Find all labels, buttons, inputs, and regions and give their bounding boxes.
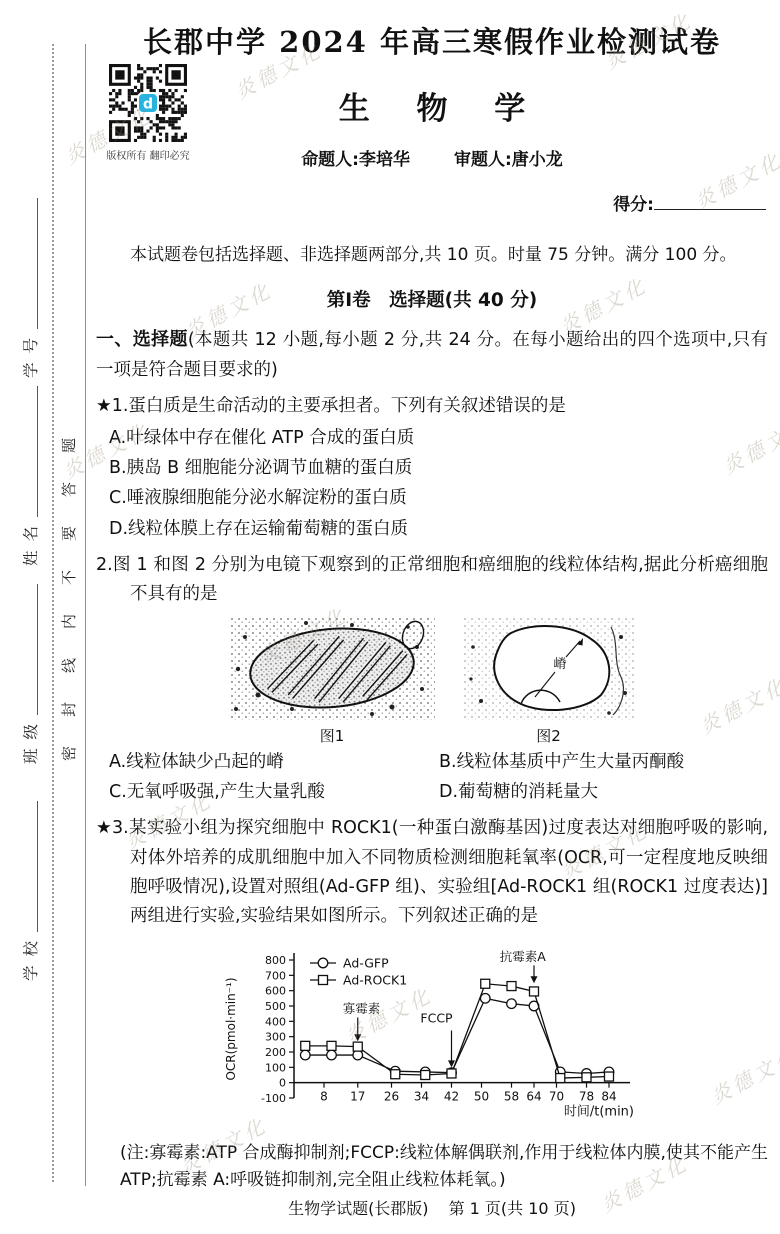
question-1-text: ★1.蛋白质是生命活动的主要承担者。下列有关叙述错误的是 — [96, 392, 768, 421]
qr-module — [140, 133, 143, 136]
question-3-stem: 某实验小组为探究细胞中 ROCK1(一种蛋白激酶基因)过度表达对细胞呼吸的影响,… — [129, 818, 768, 926]
qr-block: d 版权所有 翻印必究 — [104, 64, 192, 162]
option-c: C.无氧呼吸强,产生大量乳酸 — [109, 777, 439, 807]
qr-module — [143, 70, 146, 73]
qr-module — [184, 89, 187, 92]
y-tick-label: 0 — [279, 1076, 286, 1089]
page-footer: 生物学试题(长郡版) 第 1 页(共 10 页) — [96, 1196, 768, 1219]
y-tick-label: 600 — [265, 984, 286, 997]
qr-module — [153, 89, 156, 92]
margin-label-student-id: 学号 — [19, 329, 41, 378]
data-point-square — [530, 987, 539, 996]
exam-content: 长郡中学 2024 年高三寒假作业检测试卷 d 版权所有 翻印必究 生 物 学 … — [96, 0, 768, 1195]
qr-module — [159, 98, 162, 101]
qr-module — [140, 67, 143, 70]
qr-module — [165, 92, 168, 95]
data-point-circle — [327, 1050, 337, 1060]
qr-module — [150, 76, 153, 79]
qr-module — [156, 114, 159, 117]
qr-module — [181, 136, 184, 139]
qr-finder — [171, 70, 180, 79]
qr-module — [115, 101, 118, 104]
qr-module — [137, 67, 140, 70]
qr-module — [175, 120, 178, 123]
setter-name: 命题人:李培华 — [301, 145, 410, 170]
seal-line-text: 密封线内不要答题 — [58, 405, 78, 765]
qr-module — [128, 89, 131, 92]
qr-module — [128, 114, 131, 117]
data-point-square — [391, 1069, 400, 1078]
qr-module — [121, 108, 124, 111]
qr-caption: 版权所有 翻印必究 — [104, 147, 192, 162]
qr-module — [109, 105, 112, 108]
qr-module — [146, 67, 149, 70]
x-tick-label: 26 — [384, 1089, 399, 1103]
data-point-square — [319, 975, 328, 984]
annotation-arrowhead — [531, 976, 538, 983]
qr-module — [146, 80, 149, 83]
qr-finder — [115, 70, 124, 79]
data-point-square — [447, 1069, 456, 1078]
qr-module — [150, 67, 153, 70]
ocr-chart-block: -100010020030040050060070080081726344250… — [96, 940, 768, 1132]
multiple-choice-header: 一、选择题(本题共 12 小题,每小题 2 分,共 24 分。在每小题给出的四个… — [96, 325, 768, 386]
qr-module — [115, 105, 118, 108]
y-tick-label: 800 — [265, 954, 286, 967]
qr-module — [109, 92, 112, 95]
qr-module — [150, 83, 153, 86]
y-tick-label: 300 — [265, 1030, 286, 1043]
qr-module — [156, 126, 159, 129]
qr-module — [115, 92, 118, 95]
data-point-circle — [480, 993, 490, 1003]
qr-module — [150, 126, 153, 129]
y-tick-label: 400 — [265, 1015, 286, 1028]
qr-module — [150, 86, 153, 89]
qr-module — [137, 80, 140, 83]
qr-module — [159, 117, 162, 120]
qr-module — [171, 101, 174, 104]
question-2-number: 2. — [96, 555, 113, 575]
qr-module — [112, 105, 115, 108]
qr-module — [171, 123, 174, 126]
qr-module — [134, 130, 137, 133]
margin-label-class: 班级 — [19, 715, 41, 764]
qr-module — [156, 130, 159, 133]
qr-module — [131, 108, 134, 111]
qr-module — [184, 105, 187, 108]
x-tick-label: 42 — [444, 1089, 459, 1103]
annotation-label: 寡霉素 — [343, 1001, 381, 1016]
x-tick-label: 17 — [350, 1089, 365, 1103]
qr-module — [171, 108, 174, 111]
qr-module — [128, 98, 131, 101]
qr-module — [134, 92, 137, 95]
qr-module — [181, 95, 184, 98]
data-point-square — [327, 1041, 336, 1050]
qr-module — [165, 108, 168, 111]
qr-module — [178, 111, 181, 114]
qr-module — [140, 86, 143, 89]
multiple-choice-header-rest: (本题共 12 小题,每小题 2 分,共 24 分。在每小题给出的四个选项中,只… — [96, 330, 768, 380]
x-axis-title: 时间/t(min) — [564, 1103, 634, 1119]
qr-module — [134, 105, 137, 108]
footer-subject: 生物学试题(长郡版) — [288, 1196, 429, 1219]
margin-field-class: 班级 — [19, 584, 41, 764]
qr-module — [162, 101, 165, 104]
qr-module — [140, 130, 143, 133]
exam-title: 长郡中学 2024 年高三寒假作业检测试卷 — [96, 20, 768, 61]
qr-module — [128, 92, 131, 95]
qr-module — [137, 136, 140, 139]
qr-module — [153, 67, 156, 70]
qr-module — [181, 108, 184, 111]
qr-module — [175, 133, 178, 136]
qr-module — [128, 111, 131, 114]
qr-module — [171, 95, 174, 98]
figure-2: 嵴 图2 — [463, 617, 635, 746]
qr-module — [153, 139, 156, 142]
y-tick-label: 500 — [265, 1000, 286, 1013]
y-tick-label: 200 — [265, 1046, 286, 1059]
qr-module — [134, 76, 137, 79]
x-tick-label: 70 — [549, 1089, 564, 1103]
question-2-stem: 图 1 和图 2 分别为电镜下观察到的正常细胞和癌细胞的线粒体结构,据此分析癌细… — [113, 555, 768, 604]
qr-module — [162, 92, 165, 95]
data-point-square — [421, 1070, 430, 1079]
series-line-Ad-ROCK1 — [305, 983, 609, 1077]
qr-module — [175, 126, 178, 129]
margin-field-student-id: 学号 — [19, 198, 41, 378]
qr-module — [184, 133, 187, 136]
qr-module — [150, 120, 153, 123]
option-d: D.线粒体膜上存在运输葡萄糖的蛋白质 — [109, 514, 768, 544]
qr-module — [168, 105, 171, 108]
qr-module — [150, 80, 153, 83]
binding-solid-line — [85, 44, 86, 1186]
qr-module — [118, 89, 121, 92]
qr-module — [159, 64, 162, 67]
binding-dotted-line — [52, 44, 54, 1182]
subject-title: 生 物 学 — [96, 83, 768, 128]
qr-module — [159, 95, 162, 98]
qr-module — [162, 89, 165, 92]
qr-module — [165, 136, 168, 139]
qr-module — [162, 105, 165, 108]
qr-module — [156, 67, 159, 70]
qr-module — [146, 86, 149, 89]
margin-blank-line — [37, 584, 38, 715]
qr-module — [140, 117, 143, 120]
legend-label: Ad-GFP — [343, 955, 389, 970]
qr-module — [168, 120, 171, 123]
qr-module — [146, 76, 149, 79]
qr-module — [137, 64, 140, 67]
qr-module — [156, 117, 159, 120]
qr-module — [178, 105, 181, 108]
option-c: C.唾液腺细胞能分泌水解淀粉的蛋白质 — [109, 483, 768, 513]
qr-module — [168, 117, 171, 120]
qr-module — [134, 98, 137, 101]
margin-field-name: 姓名 — [19, 386, 41, 566]
option-d: D.葡萄糖的消耗量大 — [439, 777, 768, 807]
legend-label: Ad-ROCK1 — [343, 972, 407, 987]
score-row: 得分: — [96, 190, 768, 215]
qr-module — [134, 126, 137, 129]
question-3-text: ★3.某实验小组为探究细胞中 ROCK1(一种蛋白激酶基因)过度表达对细胞呼吸的… — [96, 814, 768, 932]
qr-module — [178, 139, 181, 142]
qr-module — [153, 70, 156, 73]
x-tick-label: 78 — [579, 1089, 594, 1103]
figure-1-caption: 图1 — [230, 725, 435, 746]
qr-module — [150, 89, 153, 92]
qr-module — [168, 95, 171, 98]
qr-module — [131, 105, 134, 108]
qr-module — [156, 123, 159, 126]
qr-module — [159, 80, 162, 83]
qr-module — [121, 101, 124, 104]
margin-blank-line — [37, 801, 38, 932]
qr-module — [140, 83, 143, 86]
qr-module — [140, 89, 143, 92]
qr-module — [118, 92, 121, 95]
data-point-square — [556, 1073, 565, 1082]
figure-1: 图1 — [230, 617, 435, 746]
qr-module — [153, 123, 156, 126]
qr-module — [131, 89, 134, 92]
qr-module — [112, 108, 115, 111]
qr-module — [159, 139, 162, 142]
ocr-line-chart: -100010020030040050060070080081726344250… — [222, 940, 642, 1132]
y-tick-label: 100 — [265, 1061, 286, 1074]
qr-module — [159, 105, 162, 108]
qr-module — [171, 92, 174, 95]
qr-module — [162, 126, 165, 129]
qr-module — [134, 139, 137, 142]
qr-module — [181, 114, 184, 117]
question-3-number: ★3. — [96, 818, 129, 838]
exam-instructions: 本试题卷包括选择题、非选择题两部分,共 10 页。时量 75 分钟。满分 100… — [96, 241, 768, 270]
data-point-circle — [507, 999, 517, 1009]
qr-module — [140, 126, 143, 129]
x-tick-label: 50 — [474, 1089, 489, 1103]
qr-module — [112, 98, 115, 101]
qr-module — [171, 120, 174, 123]
qr-module — [171, 126, 174, 129]
data-point-square — [582, 1073, 591, 1082]
x-tick-label: 8 — [320, 1089, 328, 1103]
qr-module — [171, 117, 174, 120]
data-point-circle — [300, 1050, 310, 1060]
data-point-square — [481, 979, 490, 988]
option-b: B.胰岛 B 细胞能分泌调节血糖的蛋白质 — [109, 453, 768, 483]
qr-module — [181, 101, 184, 104]
qr-module — [137, 76, 140, 79]
qr-module — [168, 98, 171, 101]
multiple-choice-header-bold: 一、选择题 — [96, 329, 188, 350]
option-a: A.线粒体缺少凸起的嵴 — [109, 747, 439, 777]
x-tick-label: 64 — [526, 1089, 541, 1103]
mitochondrion-micrograph-cancer: 嵴 — [463, 617, 635, 720]
qr-module — [162, 108, 165, 111]
qr-module — [162, 117, 165, 120]
qr-module — [178, 126, 181, 129]
qr-module — [146, 117, 149, 120]
qr-logo-letter: d — [143, 97, 153, 113]
x-tick-label: 34 — [414, 1089, 429, 1103]
qr-module — [165, 139, 168, 142]
qr-module — [140, 73, 143, 76]
qr-module — [175, 98, 178, 101]
qr-module — [184, 111, 187, 114]
figure-2-caption: 图2 — [463, 725, 635, 746]
footer-page-number: 第 1 页(共 10 页) — [449, 1196, 576, 1219]
qr-module — [115, 95, 118, 98]
score-label: 得分: — [613, 195, 654, 215]
data-point-circle — [318, 958, 328, 968]
x-tick-label: 84 — [601, 1089, 616, 1103]
margin-label-school: 学校 — [19, 932, 41, 981]
qr-module — [159, 120, 162, 123]
qr-module — [137, 89, 140, 92]
margin-label-name: 姓名 — [19, 517, 41, 566]
qr-module — [109, 111, 112, 114]
qr-module — [165, 120, 168, 123]
qr-module — [131, 101, 134, 104]
qr-module — [125, 108, 128, 111]
qr-module — [109, 98, 112, 101]
question-1-options: A.叶绿体中存在催化 ATP 合成的蛋白质 B.胰岛 B 细胞能分泌调节血糖的蛋… — [96, 423, 768, 544]
qr-code: d — [109, 64, 187, 142]
question-2-figures: 图1 嵴 图2 — [96, 617, 768, 746]
qr-module — [165, 133, 168, 136]
qr-module — [146, 130, 149, 133]
cancer-mitochondrion-outline — [494, 626, 609, 710]
cristae-label: 嵴 — [553, 656, 566, 672]
authors-line: 命题人:李培华 审题人:唐小龙 — [96, 145, 768, 170]
qr-module — [171, 111, 174, 114]
qr-module — [159, 133, 162, 136]
data-point-square — [507, 981, 516, 990]
qr-module — [134, 86, 137, 89]
qr-module — [143, 136, 146, 139]
reviewer-name: 审题人:唐小龙 — [454, 145, 563, 170]
margin-field-school: 学校 — [19, 801, 41, 981]
qr-module — [159, 108, 162, 111]
qr-module — [175, 117, 178, 120]
qr-module — [159, 126, 162, 129]
option-a: A.叶绿体中存在催化 ATP 合成的蛋白质 — [109, 423, 768, 453]
question-2-text: 2.图 1 和图 2 分别为电镜下观察到的正常细胞和癌细胞的线粒体结构,据此分析… — [96, 551, 768, 610]
margin-blank-line — [37, 198, 38, 329]
qr-module — [178, 117, 181, 120]
section-1-title: 第Ⅰ卷 选择题(共 40 分) — [96, 286, 768, 312]
qr-module — [168, 123, 171, 126]
qr-module — [137, 73, 140, 76]
qr-finder — [115, 126, 124, 135]
qr-module — [181, 111, 184, 114]
margin-blank-line — [37, 386, 38, 517]
data-point-square — [301, 1041, 310, 1050]
qr-module — [178, 108, 181, 111]
mitochondrion-micrograph-normal — [230, 617, 435, 720]
qr-module — [184, 136, 187, 139]
qr-module — [159, 89, 162, 92]
qr-module — [137, 130, 140, 133]
score-blank-line — [654, 196, 766, 210]
qr-module — [178, 98, 181, 101]
qr-module — [131, 92, 134, 95]
y-tick-label: 700 — [265, 969, 286, 982]
qr-module — [118, 105, 121, 108]
exam-page: 密封线内不要答题 学号 姓名 班级 学校 长郡中学 2024 年高三寒假作业检测… — [0, 0, 780, 1234]
question-1-stem: 蛋白质是生命活动的主要承担者。下列有关叙述错误的是 — [128, 396, 566, 416]
qr-module — [165, 95, 168, 98]
annotation-label: 抗霉素A — [500, 949, 547, 964]
qr-module — [171, 136, 174, 139]
question-1-number: ★1. — [96, 396, 128, 416]
qr-module — [112, 89, 115, 92]
qr-module — [143, 133, 146, 136]
qr-module — [165, 105, 168, 108]
qr-module — [137, 126, 140, 129]
data-point-square — [605, 1072, 614, 1081]
question-3-note: (注:寡霉素:ATP 合成酶抑制剂;FCCP:线粒体解偶联剂,作用于线粒体内膜,… — [120, 1140, 768, 1195]
data-point-square — [353, 1042, 362, 1051]
qr-module — [153, 136, 156, 139]
qr-module — [162, 111, 165, 114]
qr-module — [175, 136, 178, 139]
qr-module — [171, 139, 174, 142]
qr-module — [168, 89, 171, 92]
y-axis-title: OCR(pmol·min⁻¹) — [224, 977, 238, 1080]
annotation-arrowhead — [354, 1034, 361, 1041]
qr-module — [131, 111, 134, 114]
option-b: B.线粒体基质中产生大量丙酮酸 — [439, 747, 768, 777]
y-tick-label: -100 — [261, 1092, 286, 1105]
qr-module — [128, 95, 131, 98]
qr-module — [156, 76, 159, 79]
question-2-options: A.线粒体缺少凸起的嵴 B.线粒体基质中产生大量丙酮酸 C.无氧呼吸强,产生大量… — [96, 747, 768, 808]
qr-module — [175, 111, 178, 114]
qr-module — [162, 120, 165, 123]
qr-module — [159, 70, 162, 73]
qr-module — [137, 120, 140, 123]
qr-module — [184, 108, 187, 111]
qr-module — [118, 108, 121, 111]
qr-module — [162, 95, 165, 98]
qr-module — [140, 76, 143, 79]
qr-module — [162, 98, 165, 101]
qr-module — [140, 136, 143, 139]
qr-module — [175, 139, 178, 142]
qr-module — [146, 83, 149, 86]
annotation-label: FCCP — [420, 1010, 453, 1025]
x-tick-label: 58 — [504, 1089, 519, 1103]
qr-module — [134, 117, 137, 120]
qr-module — [181, 139, 184, 142]
qr-module — [175, 89, 178, 92]
